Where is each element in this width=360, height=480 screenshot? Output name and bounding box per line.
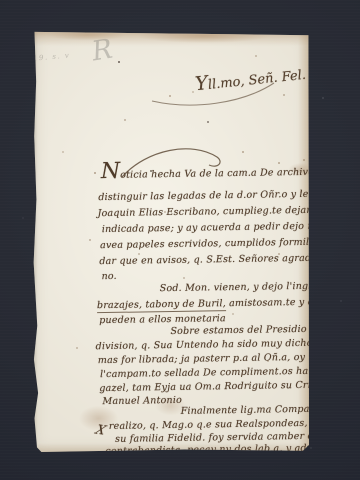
dust-specks: [322, 97, 324, 99]
manuscript-line: Noticia hecha Va de la cam.a De archivos…: [101, 164, 354, 182]
manuscript-line: contrabandista, pecay ny dos lab.a, y ad…: [105, 442, 338, 458]
manuscript-line: indicada pase; y ay acuerda a pedir dejo…: [102, 221, 323, 236]
manuscript-line: distinguir las legadas de la d.or Oñr.o …: [98, 188, 354, 204]
underlined-words: brazajes, tabony de Buril,: [97, 298, 226, 313]
foxing-spots: [32, 31, 34, 33]
manuscript-line: dar que en avisos, q. S.Est. Señores agr…: [99, 252, 349, 268]
photo-background: 19. s. v R Yll.mo, Señ. Fel. Noticia hec…: [0, 0, 360, 480]
cross-mark: X: [93, 423, 107, 439]
manuscript-line: brazajes, tabony de Buril, amistosam.te …: [97, 296, 341, 312]
manuscript-line: Joaquin Elias Escribano, cumplieg.te dej…: [97, 205, 327, 221]
manuscript-line: avea papeles escrividos, cumplidos formi…: [100, 236, 340, 252]
manuscript-line: Finalmente lig.ma Compañía: [181, 404, 325, 418]
signature-line: Manuel Antonio: [102, 395, 182, 408]
manuscript-line: no.: [101, 271, 116, 283]
handwritten-text-block: Noticia hecha Va de la cam.a De archivos…: [29, 29, 313, 454]
manuscript-line: gazel, tam Eyja ua Om.a Rodriguito su Cr…: [99, 380, 323, 396]
manuscript-line: Sobre estamos del Presidio buenos: [170, 323, 345, 338]
manuscript-line: l'campam.to sellada De compliment.os ha …: [100, 365, 360, 381]
manuscript-page: 19. s. v R Yll.mo, Señ. Fel. Noticia hec…: [32, 31, 309, 452]
manuscript-line: division, q. Sua Untendo ha sido muy dic…: [96, 337, 360, 353]
line-remainder: amistosam.te y corren: [226, 296, 341, 309]
manuscript-line: Sod. Mon. vienen, y dejo l'inglés: [160, 281, 323, 296]
manuscript-line: mas for librada; ja pasterr p.a al Oñ.a,…: [98, 351, 349, 367]
